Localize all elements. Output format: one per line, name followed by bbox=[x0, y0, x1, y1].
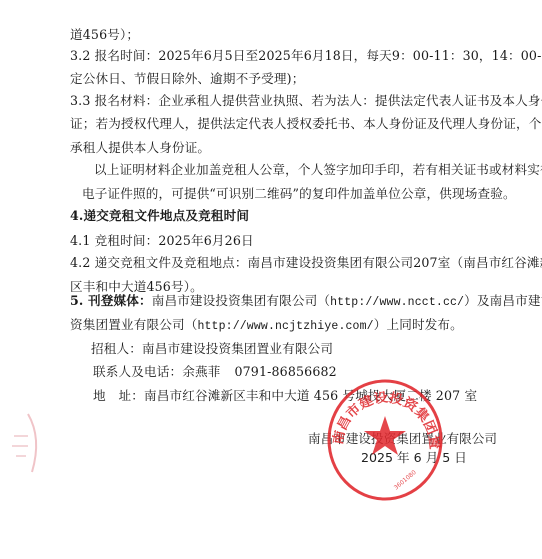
text-line: 道456号）； bbox=[70, 27, 139, 43]
text-line-bid-time: 4.1 竞租时间：2025年6月26日 bbox=[70, 233, 254, 249]
signature-date: 2025 年 6 月 5 日 bbox=[361, 450, 467, 466]
media-line-2: 资集团置业有限公司（http://www.ncjtzhiye.com/）上同时发… bbox=[70, 317, 463, 335]
section-heading-4: 4.递交竞租文件地点及竞租时间 bbox=[70, 208, 249, 224]
text-line: 定公休日、节假日除外、逾期不予受理)； bbox=[70, 71, 304, 87]
media-text: ）及南昌市建设投 bbox=[464, 293, 542, 308]
document-page: 道456号）； 3.2 报名时间：2025年6月5日至2025年6月18日，每天… bbox=[0, 0, 542, 559]
link-ncjtzhiye[interactable]: http://www.ncjtzhiye.com/ bbox=[197, 320, 373, 333]
landlord-label: 招租人： bbox=[91, 341, 142, 356]
landlord-line: 招租人：南昌市建设投资集团置业有限公司 bbox=[91, 341, 333, 357]
text-line-registration-materials: 3.3 报名材料：企业承租人提供营业执照、若为法人：提供法定代表人证书及本人身份 bbox=[70, 93, 542, 109]
faint-seal-bleed-icon bbox=[8, 410, 48, 480]
landlord-value: 南昌市建设投资集团置业有限公司 bbox=[142, 341, 333, 356]
svg-text:3601080: 3601080 bbox=[393, 469, 418, 492]
contact-name: 余燕菲 bbox=[182, 364, 220, 379]
text-line: 承租人提供本人身份证。 bbox=[70, 140, 210, 156]
contact-phone: 0791-86856682 bbox=[234, 364, 336, 379]
text-line-registration-time: 3.2 报名时间：2025年6月5日至2025年6月18日，每天9：00-11：… bbox=[70, 48, 542, 64]
contact-label: 联系人及电话： bbox=[93, 364, 182, 379]
contact-line: 联系人及电话：余燕菲0791-86856682 bbox=[93, 364, 337, 380]
address-value: 南昌市红谷滩新区丰和中大道 456 号城投大厦二楼 207 室 bbox=[144, 388, 477, 403]
link-ncct[interactable]: http://www.ncct.cc/ bbox=[330, 296, 464, 309]
text-line-bid-location: 4.2 递交竞租文件及竞租地点：南昌市建设投资集团有限公司207室（南昌市红谷滩… bbox=[70, 255, 542, 271]
media-text: ）上同时发布。 bbox=[374, 317, 463, 332]
media-line: 5. 刊登媒体：南昌市建设投资集团有限公司（http://www.ncct.cc… bbox=[70, 293, 542, 311]
section-heading-5: 5. 刊登媒体： bbox=[70, 293, 152, 308]
address-label: 地 址： bbox=[93, 388, 144, 403]
media-text: 资集团置业有限公司（ bbox=[70, 317, 197, 332]
media-text: 南昌市建设投资集团有限公司（ bbox=[152, 293, 330, 308]
text-line: 证；若为授权代理人，提供法定代表人授权委托书、本人身份证及代理人身份证，个人 bbox=[70, 116, 542, 132]
signature-company: 南昌市建设投资集团置业有限公司 bbox=[308, 431, 497, 447]
text-line-paragraph: 以上证明材料企业加盖竞租人公章，个人签字加印手印，若有相关证书或材料实行 bbox=[94, 162, 542, 178]
address-line: 地 址：南昌市红谷滩新区丰和中大道 456 号城投大厦二楼 207 室 bbox=[93, 388, 477, 404]
text-line: 电子证件照的，可提供“可识别二维码”的复印件加盖单位公章，供现场查验。 bbox=[82, 186, 516, 202]
